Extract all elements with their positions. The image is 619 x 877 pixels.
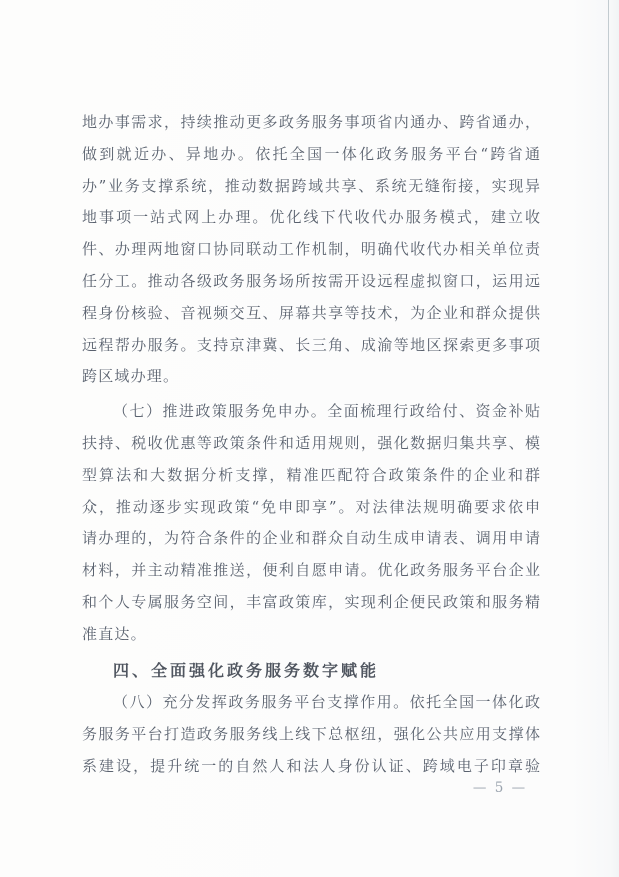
text-line: 扶持、税收优惠等政策条件和适用规则，强化数据归集共享、模 bbox=[82, 428, 540, 460]
text-line: 远程帮办服务。支持京津冀、长三角、成渝等地区探索更多事项 bbox=[82, 330, 540, 362]
text-line: 跨区域办理。 bbox=[82, 361, 540, 393]
text-line: 众，推动逐步实现政策“免申即享”。对法律法规明确要求依申 bbox=[82, 492, 540, 524]
text-line: 务服务平台打造政务服务线上线下总枢纽，强化公共应用支撑体 bbox=[82, 719, 540, 751]
text-line: 任分工。推动各级政务服务场所按需开设远程虚拟窗口，运用远 bbox=[82, 266, 540, 298]
text-line: 和个人专属服务空间，丰富政策库，实现利企便民政策和服务精 bbox=[82, 587, 540, 619]
page-number: — 5 — bbox=[452, 780, 548, 796]
text-line: 程身份核验、音视频交互、屏幕共享等技术，为企业和群众提供 bbox=[82, 298, 540, 330]
text-line: 做到就近办、异地办。依托全国一体化政务服务平台“跨省通 bbox=[82, 139, 540, 171]
text-line: 材料，并主动精准推送，便利自愿申请。优化政务服务平台企业 bbox=[82, 555, 540, 587]
scan-edge-artifact bbox=[608, 0, 609, 780]
document-body: 地办事需求，持续推动更多政务服务事项省内通办、跨省通办， 做到就近办、异地办。依… bbox=[82, 107, 540, 783]
section-heading-four: 四、全面强化政务服务数字赋能 bbox=[82, 656, 540, 688]
text-line: 地事项一站式网上办理。优化线下代收代办服务模式，建立收 bbox=[82, 202, 540, 234]
document-page: 地办事需求，持续推动更多政务服务事项省内通办、跨省通办， 做到就近办、异地办。依… bbox=[0, 0, 619, 877]
text-line: 件、办理两地窗口协同联动工作机制，明确代收代办相关单位责 bbox=[82, 234, 540, 266]
text-line: 系建设，提升统一的自然人和法人身份认证、跨域电子印章验 bbox=[82, 751, 540, 783]
text-line: 准直达。 bbox=[82, 619, 540, 651]
paragraph-cross-region-services: 地办事需求，持续推动更多政务服务事项省内通办、跨省通办， 做到就近办、异地办。依… bbox=[82, 107, 540, 393]
text-line: 办”业务支撑系统，推动数据跨域共享、系统无缝衔接，实现异 bbox=[82, 171, 540, 203]
text-line: 型算法和大数据分析支撑，精准匹配符合政策条件的企业和群 bbox=[82, 460, 540, 492]
paragraph-item-eight-platform-support: （八）充分发挥政务服务平台支撑作用。依托全国一体化政 务服务平台打造政务服务线上… bbox=[82, 687, 540, 782]
text-line: 请办理的，为符合条件的企业和群众自动生成申请表、调用申请 bbox=[82, 523, 540, 555]
text-line: 地办事需求，持续推动更多政务服务事项省内通办、跨省通办， bbox=[82, 107, 540, 139]
paragraph-item-seven-policy-service: （七）推进政策服务免申办。全面梳理行政给付、资金补贴 扶持、税收优惠等政策条件和… bbox=[82, 396, 540, 650]
text-line: （八）充分发挥政务服务平台支撑作用。依托全国一体化政 bbox=[82, 687, 540, 719]
text-line: （七）推进政策服务免申办。全面梳理行政给付、资金补贴 bbox=[82, 396, 540, 428]
